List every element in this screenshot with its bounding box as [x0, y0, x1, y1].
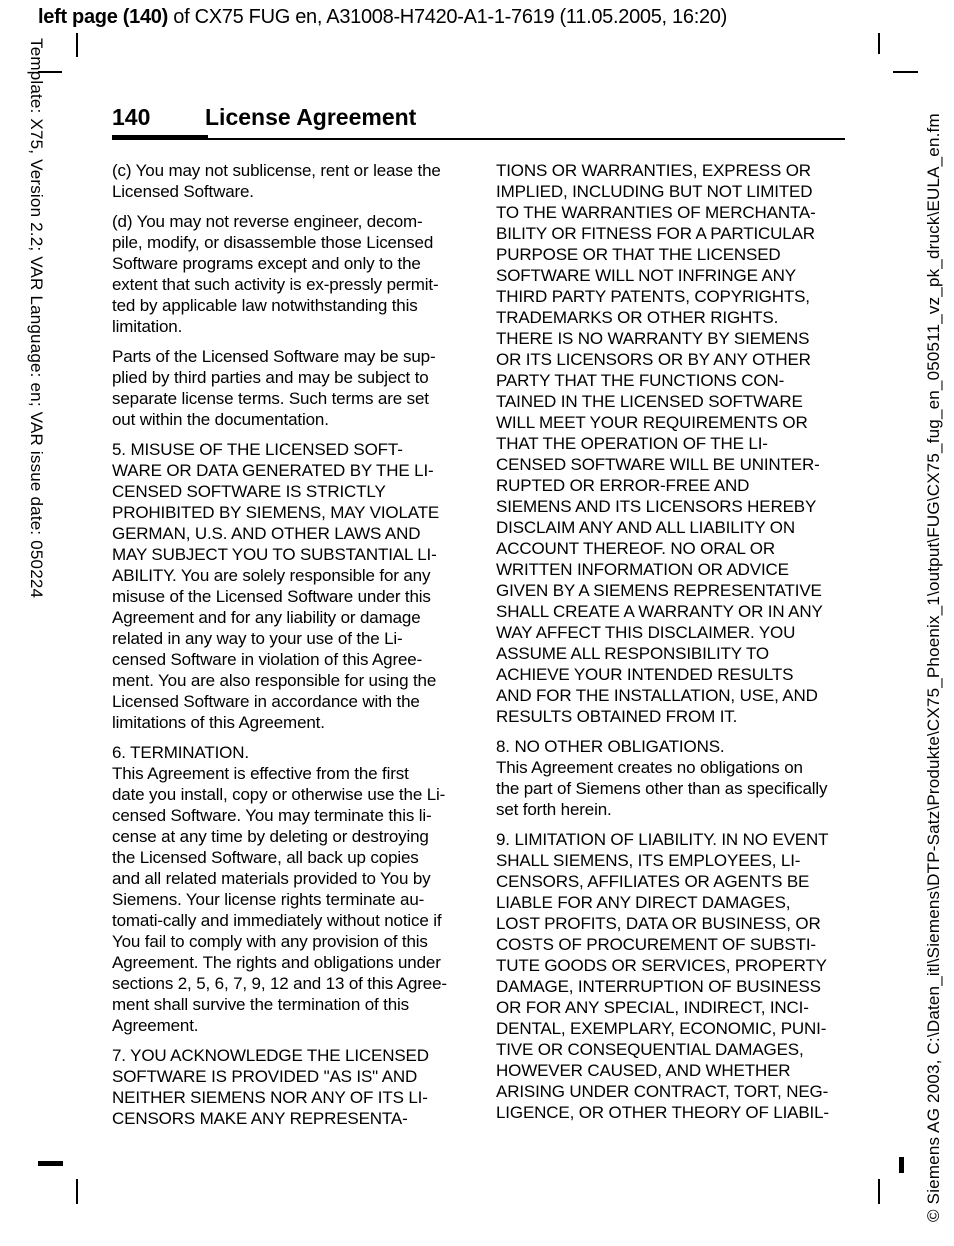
- print-job-header: left page (140) of CX75 FUG en, A31008-H…: [38, 6, 727, 29]
- crop-mark-bottom-left-thick: [38, 1161, 63, 1166]
- crop-mark-bottom-right-vertical: [878, 1179, 880, 1204]
- left-margin-template-note: Template: X75, Version 2.2; VAR Language…: [26, 38, 46, 598]
- print-header-page-label: left page (140): [38, 6, 168, 28]
- page-title: License Agreement: [205, 104, 416, 131]
- crop-mark-bottom-left-vertical: [76, 1179, 78, 1204]
- license-paragraph-c: (c) You may not sublicense, rent or leas…: [112, 160, 492, 202]
- license-paragraph-third-parties: Parts of the Licensed Software may be su…: [112, 346, 492, 430]
- page-number: 140: [112, 104, 150, 131]
- license-section-5-misuse: 5. MISUSE OF THE LICENSED SOFT- WARE OR …: [112, 439, 492, 733]
- license-section-7-continued: TIONS OR WARRANTIES, EXPRESS OR IMPLIED,…: [496, 160, 876, 727]
- crop-mark-top-left-vertical: [76, 33, 78, 57]
- license-section-8-no-other-obligations: 8. NO OTHER OBLIGATIONS. This Agreement …: [496, 736, 876, 820]
- header-rule-thin-segment: [208, 138, 845, 140]
- crop-mark-top-right-horizontal: [893, 71, 918, 73]
- license-text-right-column: TIONS OR WARRANTIES, EXPRESS OR IMPLIED,…: [496, 160, 876, 1132]
- right-margin-copyright-path-note: © Siemens AG 2003, C:\Daten_itl\Siemens\…: [924, 113, 944, 1222]
- header-rule-thick-segment: [112, 135, 208, 140]
- crop-mark-top-right-vertical: [878, 33, 880, 54]
- license-section-7-acknowledge: 7. YOU ACKNOWLEDGE THE LICENSED SOFTWARE…: [112, 1045, 492, 1129]
- license-section-9-limitation-of-liability: 9. LIMITATION OF LIABILITY. IN NO EVENT …: [496, 829, 876, 1123]
- crop-mark-bottom-right-thick: [899, 1157, 904, 1173]
- license-paragraph-d: (d) You may not reverse engineer, decom-…: [112, 211, 492, 337]
- license-text-left-column: (c) You may not sublicense, rent or leas…: [112, 160, 492, 1138]
- license-section-6-termination: 6. TERMINATION. This Agreement is effect…: [112, 742, 492, 1036]
- print-header-document-info: of CX75 FUG en, A31008-H7420-A1-1-7619 (…: [168, 6, 727, 28]
